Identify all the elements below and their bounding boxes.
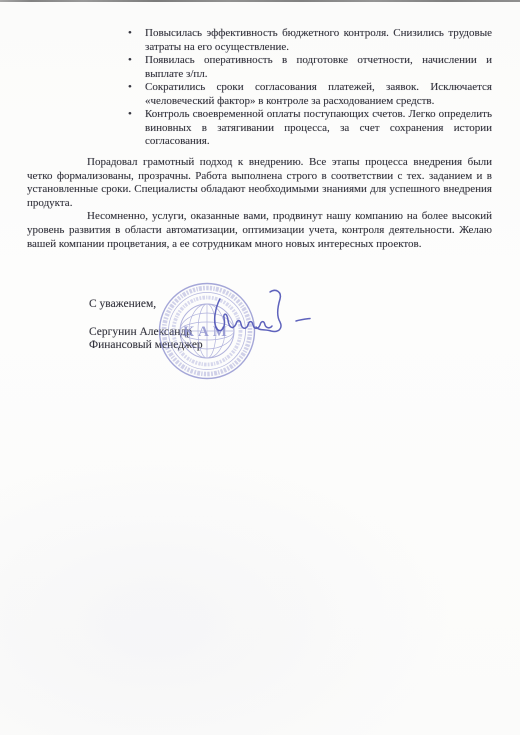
bullet-item: • Появилась оперативность в подготовке о… [128,54,492,81]
scan-edge-artifact [0,0,520,2]
bullet-text: Контроль своевременной оплаты поступающи… [145,108,492,149]
scanned-letter-page: • Повысилась эффективность бюджетного ко… [0,0,520,735]
paragraph: Порадовал грамотный подход к внедрению. … [27,156,492,210]
salutation: С уважением, [89,298,203,312]
bullet-item: • Повысилась эффективность бюджетного ко… [128,27,492,54]
bullet-marker: • [128,81,145,108]
paragraph: Несомненно, услуги, оказанные вами, прод… [27,210,492,251]
bullet-marker: • [128,108,145,149]
signer-title: Финансовый менеджер [89,339,203,353]
handwritten-signature [215,290,310,331]
closing-block: С уважением, Сергунин Александр Финансов… [89,298,203,353]
bullet-item: • Сократились сроки согласования платеже… [128,81,492,108]
bullet-text: Повысилась эффективность бюджетного конт… [145,27,492,54]
bullet-item: • Контроль своевременной оплаты поступаю… [128,108,492,149]
bullet-text: Сократились сроки согласования платежей,… [145,81,492,108]
bullet-text: Появилась оперативность в подготовке отч… [145,54,492,81]
bullet-marker: • [128,54,145,81]
signer-name: Сергунин Александр [89,326,203,340]
bullet-marker: • [128,27,145,54]
paragraph-block: Порадовал грамотный подход к внедрению. … [27,156,492,251]
bullet-list: • Повысилась эффективность бюджетного ко… [128,27,492,149]
